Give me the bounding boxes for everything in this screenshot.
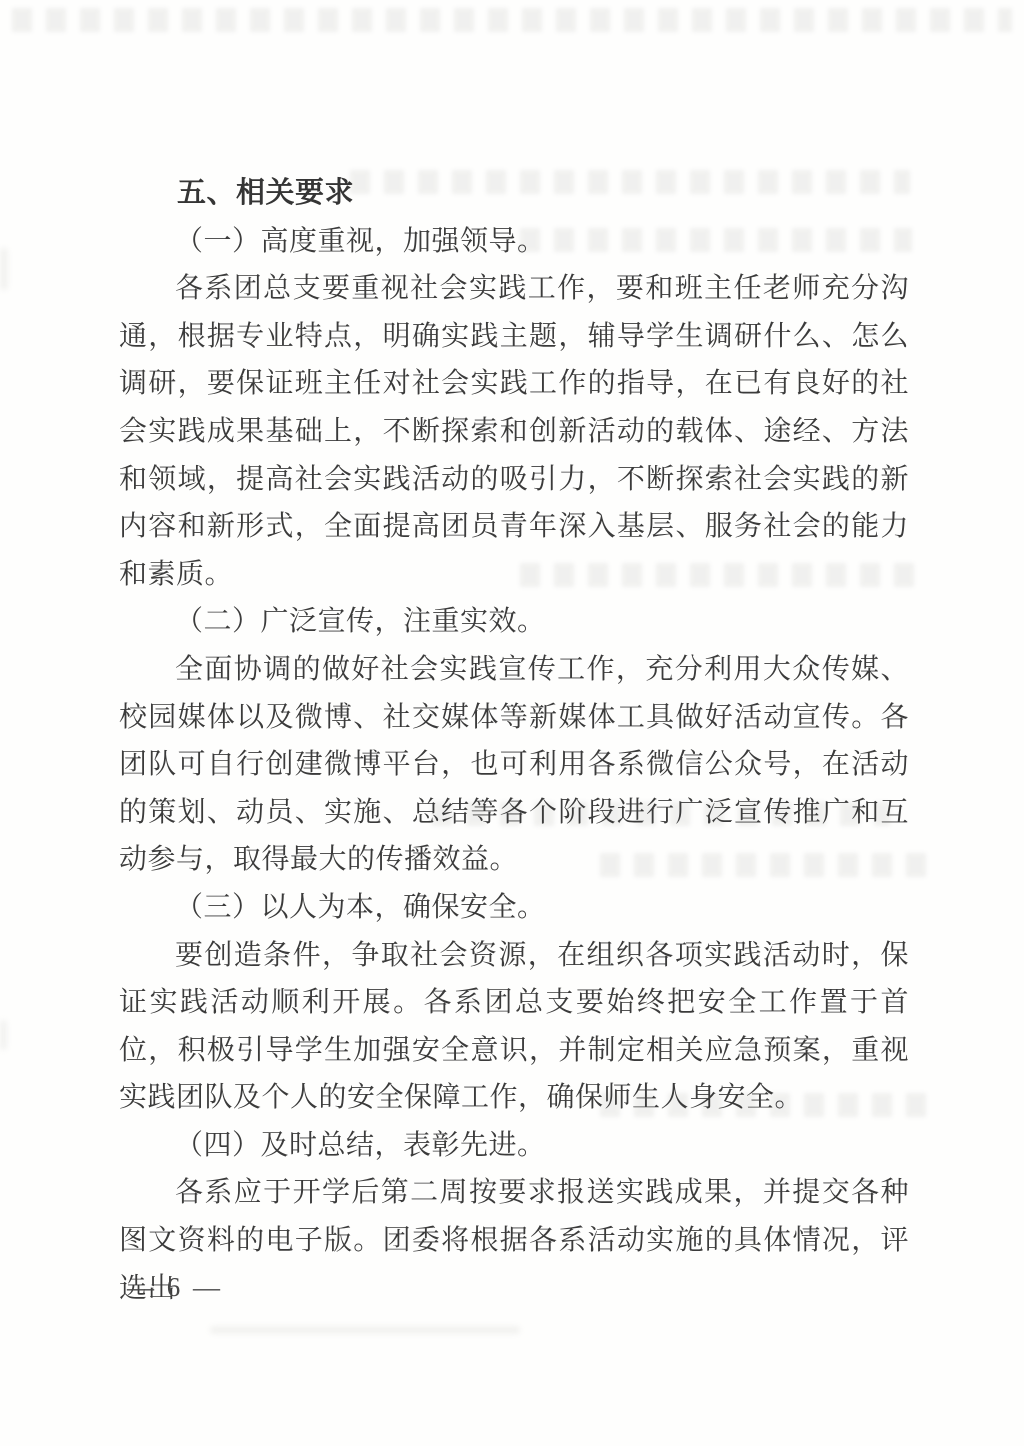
subsection-3-paragraph: 要创造条件，争取社会资源，在组织各项实践活动时，保证实践活动顺利开展。各系团总支… [119, 932, 909, 1122]
scanned-document-page: 五、相关要求 （一）高度重视，加强领导。 各系团总支要重视社会实践工作，要和班主… [0, 0, 1024, 1446]
subsection-2-paragraph: 全面协调的做好社会实践宣传工作，充分利用大众传媒、校园媒体以及微博、社交媒体等新… [119, 646, 909, 884]
section-heading: 五、相关要求 [119, 170, 909, 218]
subsection-1-paragraph: 各系团总支要重视社会实践工作，要和班主任老师充分沟通，根据专业特点，明确实践主题… [119, 265, 909, 598]
subsection-3-title: （三）以人为本，确保安全。 [119, 884, 909, 932]
bleedthrough-artifact [0, 1020, 7, 1050]
bleedthrough-artifact [12, 8, 1012, 32]
subsection-4-paragraph: 各系应于开学后第二周按要求报送实践成果，并提交各种图文资料的电子版。团委将根据各… [119, 1169, 909, 1312]
bleedthrough-artifact [0, 248, 8, 290]
document-body: 五、相关要求 （一）高度重视，加强领导。 各系团总支要重视社会实践工作，要和班主… [119, 170, 909, 1312]
subsection-2-title: （二）广泛宣传，注重实效。 [119, 598, 909, 646]
subsection-1-title: （一）高度重视，加强领导。 [119, 218, 909, 266]
subsection-4-title: （四）及时总结，表彰先进。 [119, 1122, 909, 1170]
page-number: — 6 — [127, 1272, 223, 1303]
bleedthrough-artifact [210, 1326, 520, 1334]
